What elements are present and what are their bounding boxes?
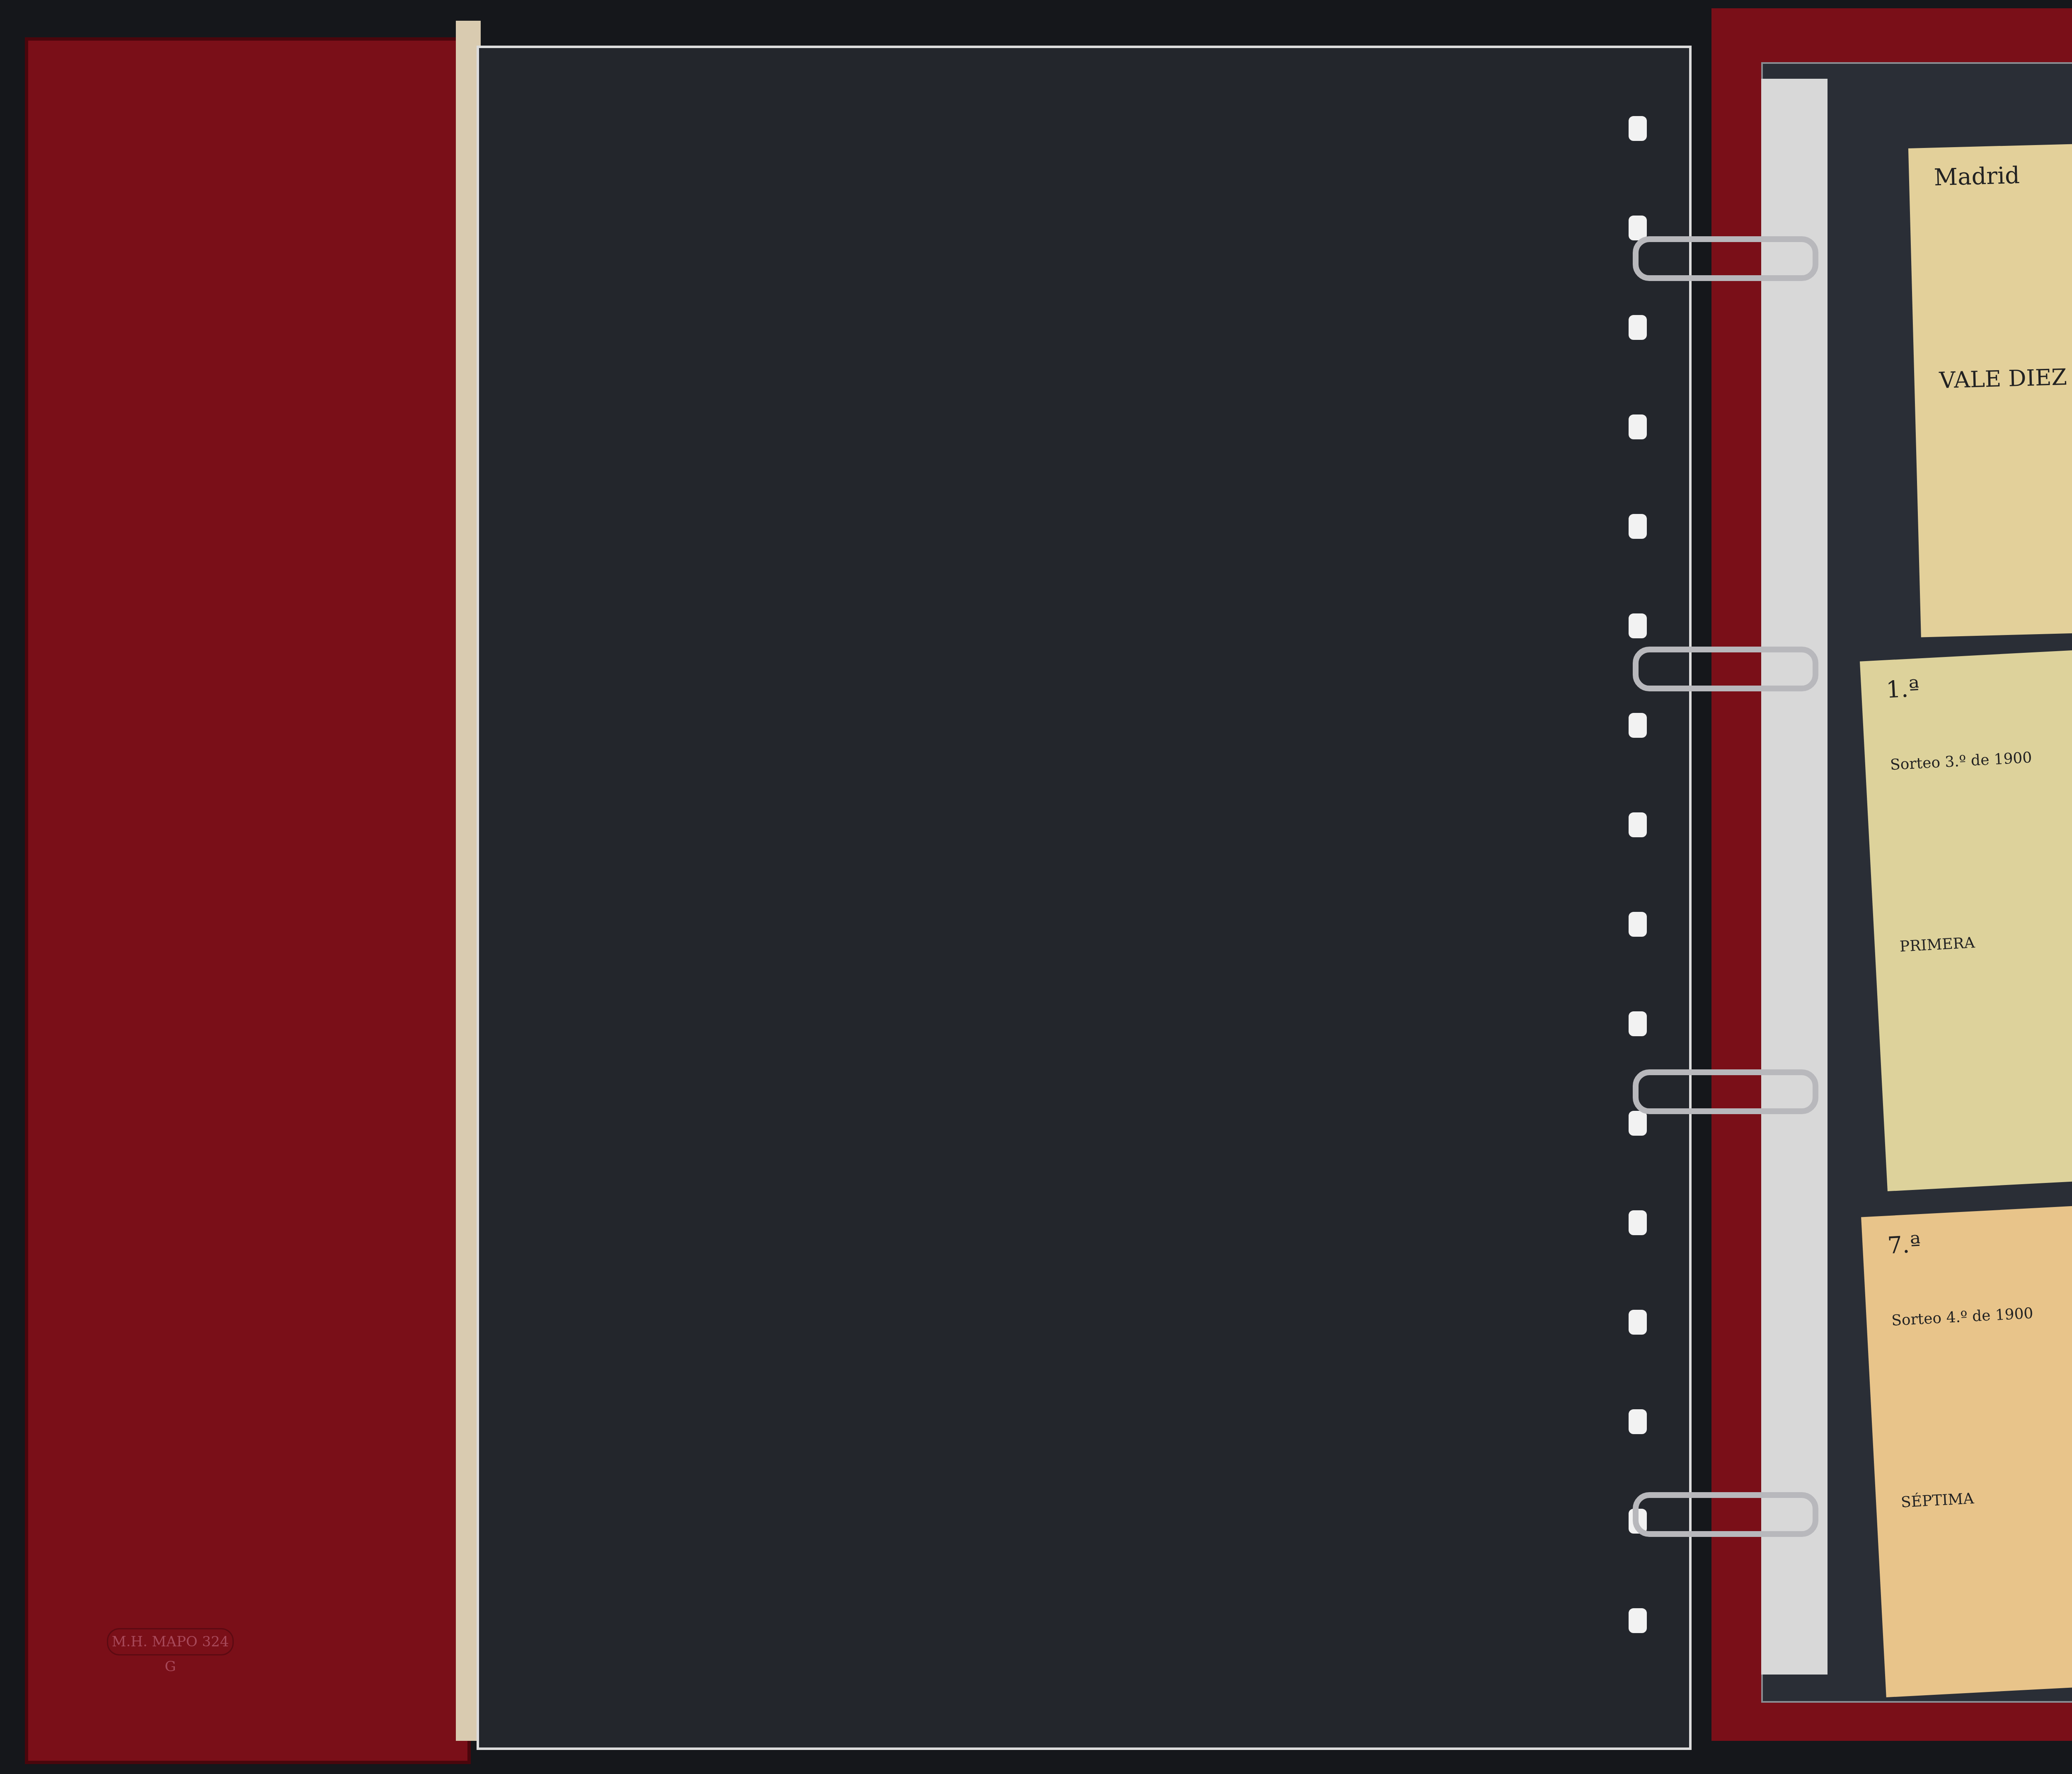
binder-photo: M.H. MAPO 324 G Madrid 1.ª —5 Marzo 1883… (0, 0, 2072, 1774)
binder-ring-1[interactable] (1633, 236, 1818, 281)
ticket-decima-label: PRIMERA (1899, 934, 1975, 955)
ticket-sorteo: Sorteo 4.º de 1900 (1891, 1269, 2072, 1329)
lottery-ticket-1883[interactable]: Madrid 1.ª —5 Marzo 1883— Nº 07.116 Déci… (1908, 125, 2072, 637)
ticket-decima-label: SÉPTIMA (1900, 1490, 1974, 1511)
sleeve-punched-strip (1761, 79, 1828, 1675)
punched-holes (1629, 116, 1649, 1675)
ticket-order: 1.ª (1886, 675, 1920, 703)
ticket-sorteo: Sorteo 3.º de 1900 (1890, 714, 2072, 774)
ticket-city: Madrid (1934, 162, 2020, 191)
ticket-order: 7.ª (1887, 1231, 1921, 1259)
ticket-value: VALE DIEZ PESETAS. (1939, 361, 2072, 393)
binder-ring-4[interactable] (1633, 1492, 1818, 1537)
binder-left-cover: M.H. MAPO 324 G (25, 37, 471, 1764)
black-album-page[interactable] (477, 46, 1692, 1750)
binder-ring-2[interactable] (1633, 647, 1818, 691)
binder-logo: M.H. MAPO 324 G (107, 1628, 234, 1655)
binder-ring-3[interactable] (1633, 1069, 1818, 1114)
lottery-ticket-1900-sorteo-4[interactable]: 7.ª LOTERIA NACIONAL 08120 Sorteo 4.º de… (1861, 1171, 2072, 1697)
lottery-ticket-1900-sorteo-3[interactable]: 1.ª LOTERIA NACIONAL 15420 Sorteo 3.º de… (1860, 616, 2072, 1191)
